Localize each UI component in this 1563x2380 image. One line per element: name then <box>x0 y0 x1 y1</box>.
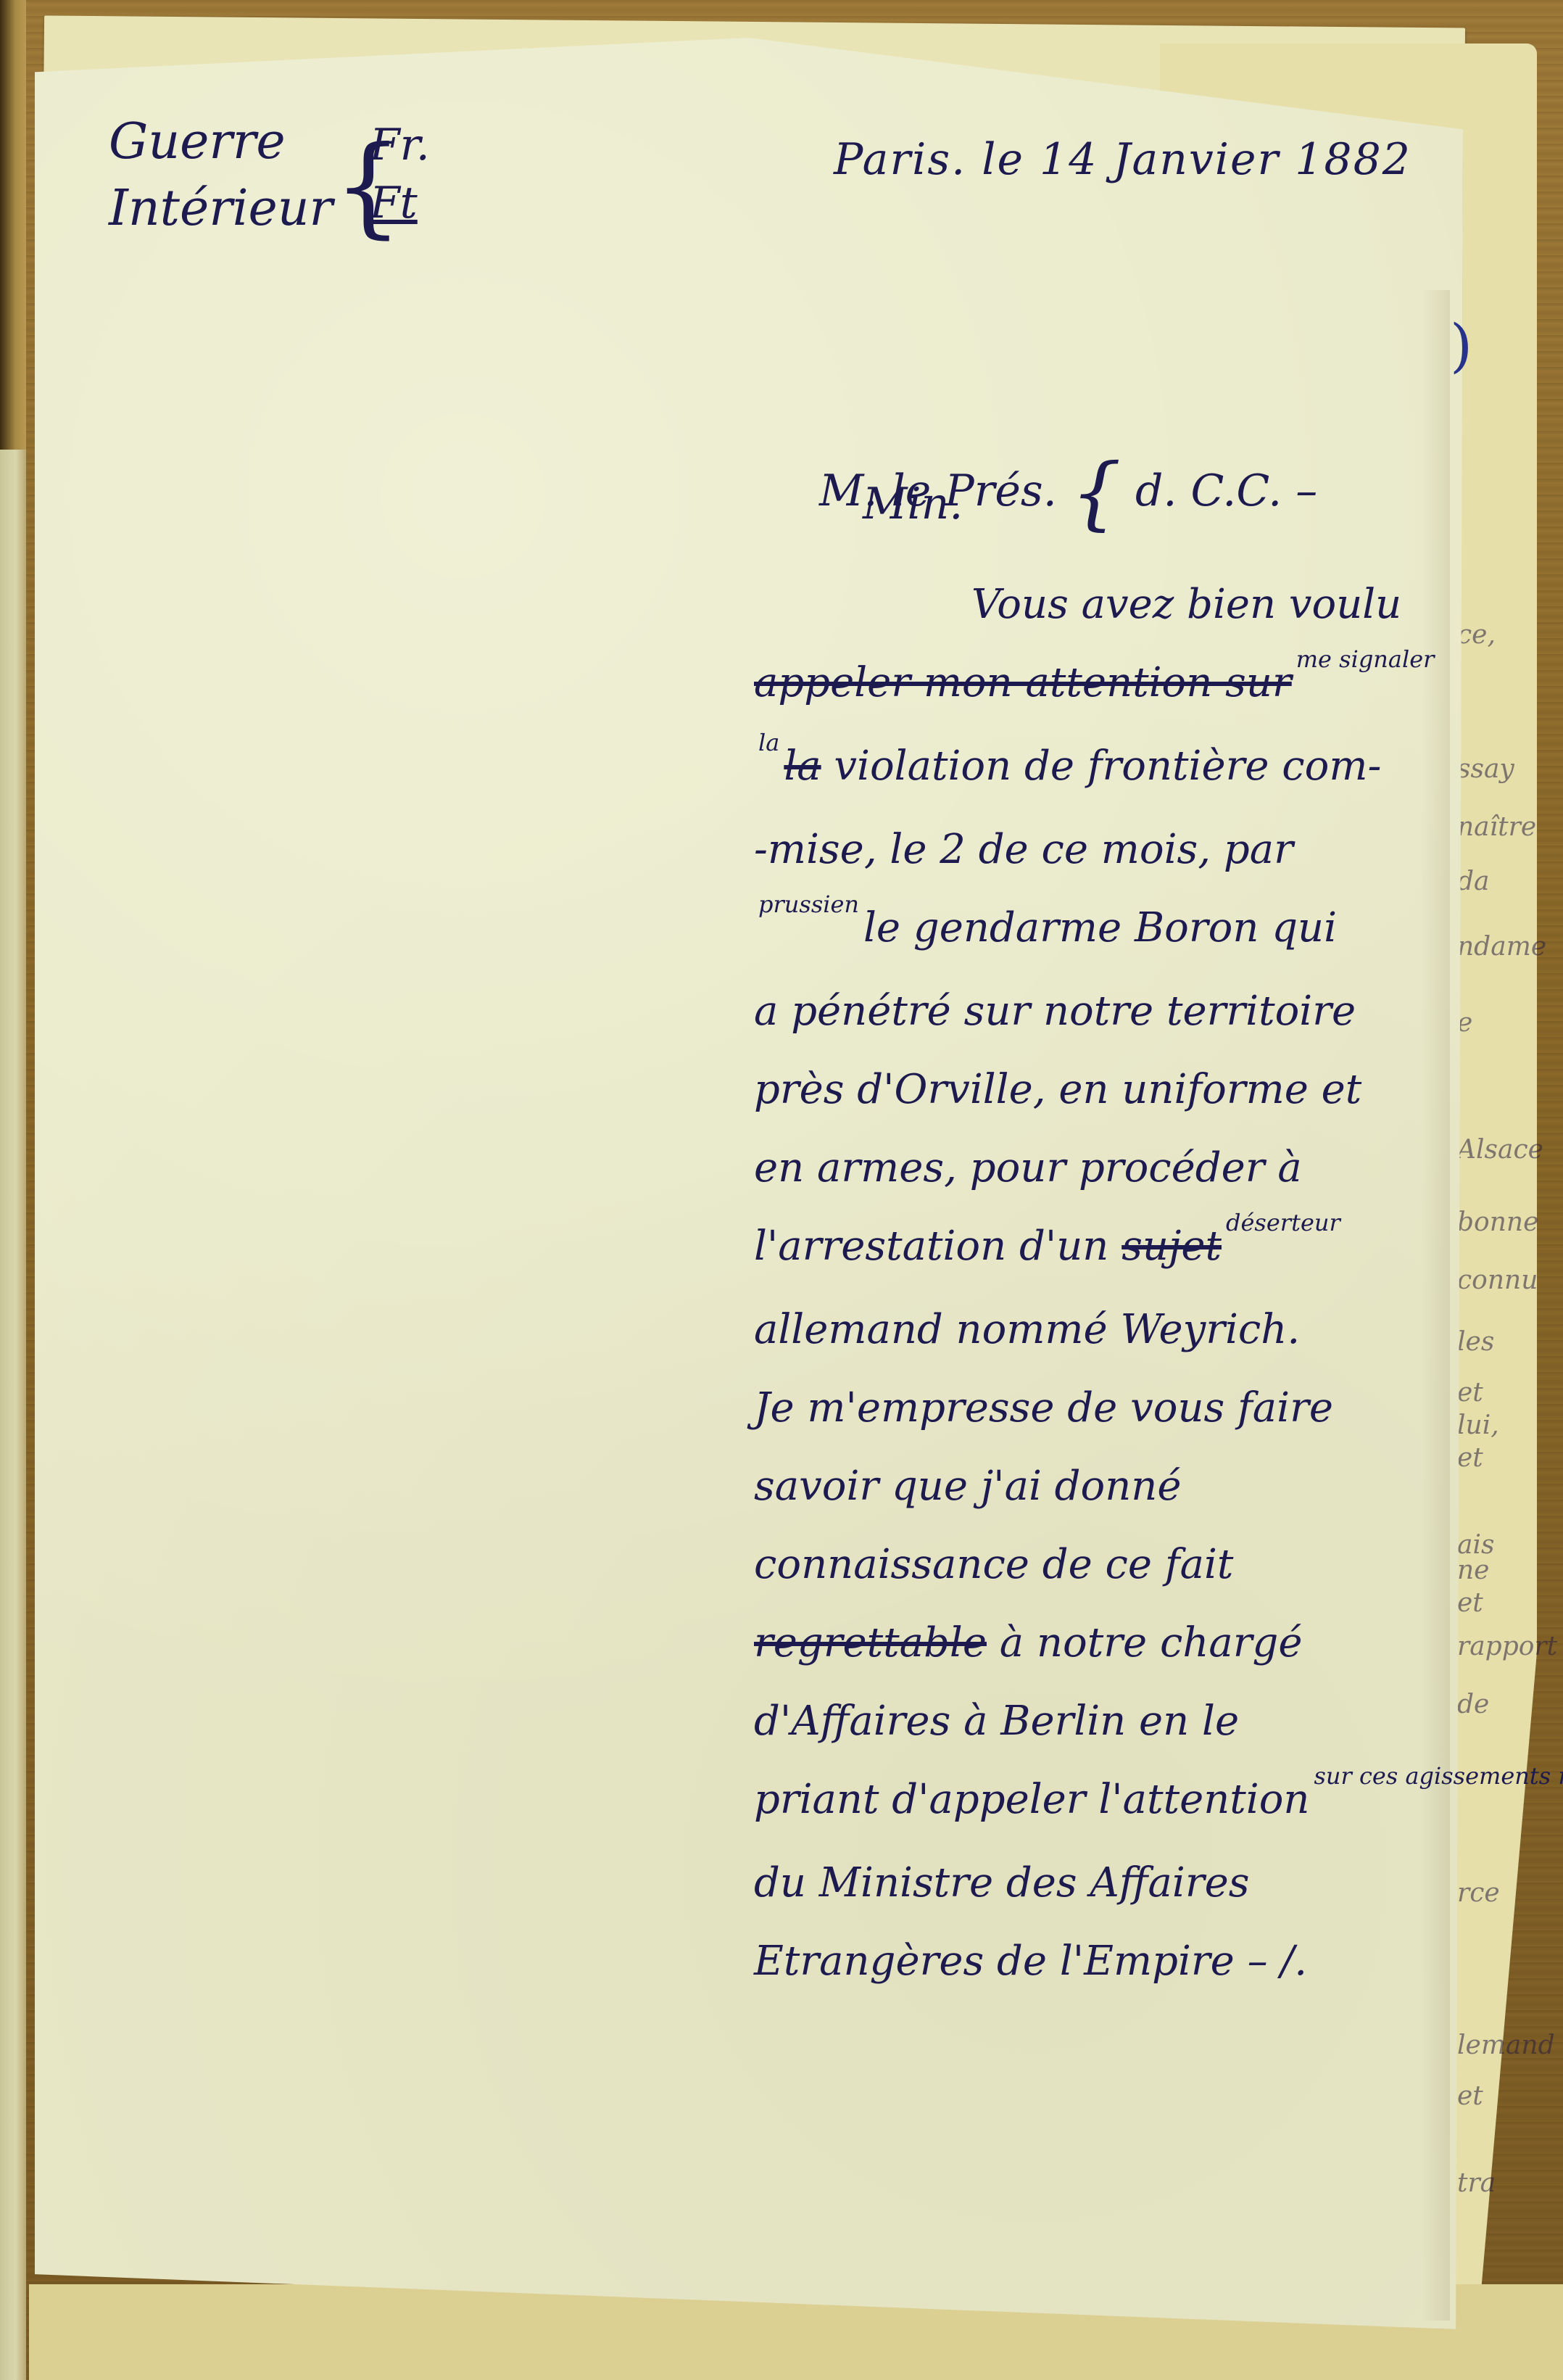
header-departments: Guerre Intérieur <box>109 109 333 242</box>
header-line-interieur: Intérieur <box>109 175 333 242</box>
body-line: près d'Orville, en uniforme et <box>754 1051 1563 1129</box>
letter-body: Vous avez bien voulu appeler mon attenti… <box>754 566 1563 2001</box>
body-line: Je m'empresse de vous faire <box>754 1369 1563 1447</box>
body-line: priant d'appeler l'attentionsur ces agis… <box>754 1761 1563 1844</box>
stack-edge <box>0 0 26 2380</box>
body-line: allemand nommé Weyrich. <box>754 1291 1563 1369</box>
body-line: Vous avez bien voulu <box>754 566 1563 644</box>
body-line: -mise, le 2 de ce mois, par <box>754 811 1563 889</box>
margin-paren-mark: ) <box>1450 312 1472 379</box>
body-line: du Ministre des Affaires <box>754 1844 1563 1922</box>
body-line: connaissance de ce fait <box>754 1526 1563 1604</box>
body-line: appeler mon attention surme signaler <box>754 644 1563 727</box>
body-line: regrettable à notre chargé <box>754 1604 1563 1682</box>
body-line: Etrangères de l'Empire – /. <box>754 1922 1563 2001</box>
addressee-suffix: d. C.C. – <box>1135 466 1317 516</box>
body-line: lala violation de frontière com- <box>754 727 1563 811</box>
body-line: savoir que j'ai donné <box>754 1447 1563 1526</box>
date-line: Paris. le 14 Janvier 1882 <box>834 134 1411 185</box>
body-line: en armes, pour procéder à <box>754 1129 1563 1207</box>
body-line: prussienle gendarme Boron qui <box>754 889 1563 972</box>
header-line-guerre: Guerre <box>109 109 333 175</box>
body-line: a pénétré sur notre territoire <box>754 972 1563 1051</box>
header-marks: Fr. Ft <box>370 116 430 232</box>
addressee-block: M. le Prés. { d. C.C. – Min. <box>819 450 1317 532</box>
body-line: d'Affaires à Berlin en le <box>754 1682 1563 1761</box>
body-line: l'arrestation d'un sujetdéserteur <box>754 1207 1563 1291</box>
